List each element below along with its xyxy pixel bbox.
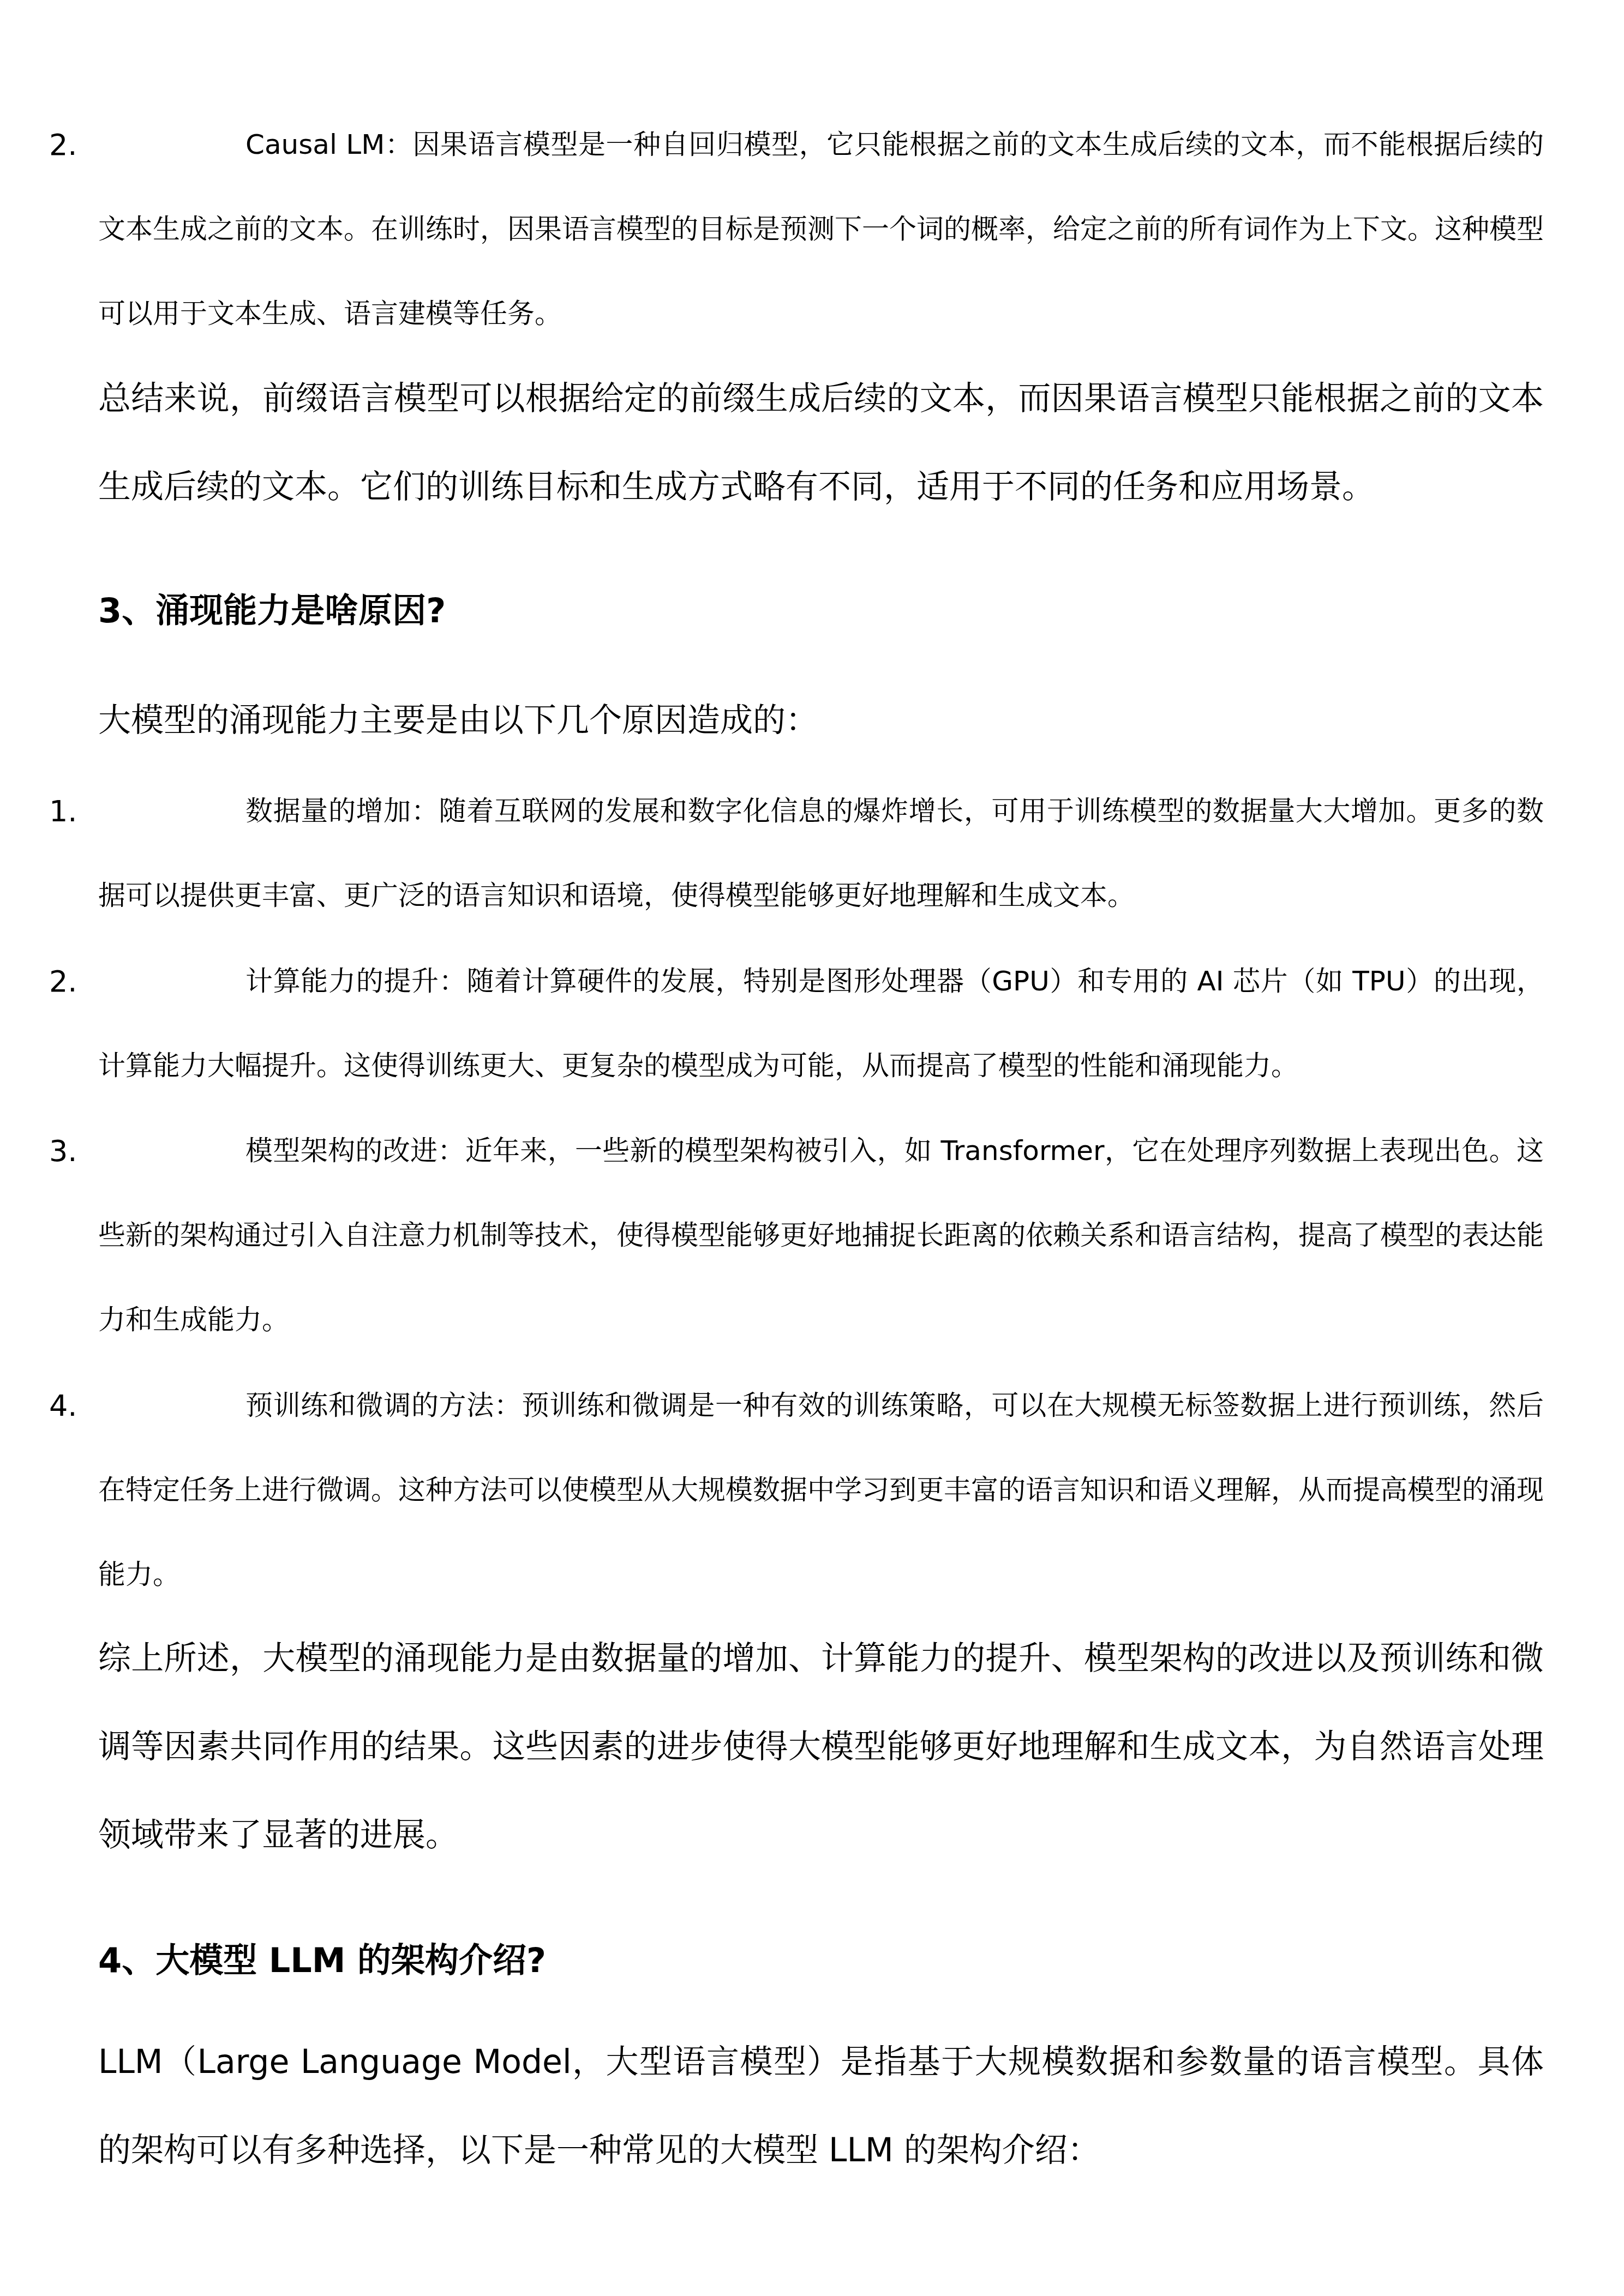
list-item-text: Causal LM：因果语言模型是一种自回归模型，它只能根据之前的文本生成后续的…: [49, 103, 1544, 356]
summary-paragraph: 总结来说，前缀语言模型可以根据给定的前缀生成后续的文本，而因果语言模型只能根据之…: [98, 354, 1544, 531]
list-number: 2.: [49, 103, 77, 187]
list-number: 3.: [49, 1109, 77, 1193]
section-3-conclusion: 综上所述，大模型的涌现能力是由数据量的增加、计算能力的提升、模型架构的改进以及预…: [98, 1614, 1544, 1879]
list-number: 4.: [49, 1363, 77, 1448]
section-4-heading: 4、大模型 LLM 的架构介绍?: [98, 1933, 546, 1988]
list-item-data-volume: 1. 数据量的增加：随着互联网的发展和数字化信息的爆炸增长，可用于训练模型的数据…: [49, 769, 1544, 938]
list-number: 2.: [49, 939, 77, 1024]
list-item-causal-lm: 2. Causal LM：因果语言模型是一种自回归模型，它只能根据之前的文本生成…: [49, 103, 1544, 356]
list-item-text: 计算能力的提升：随着计算硬件的发展，特别是图形处理器（GPU）和专用的 AI 芯…: [49, 939, 1544, 1108]
list-number: 1.: [49, 769, 77, 854]
list-item-text: 数据量的增加：随着互联网的发展和数字化信息的爆炸增长，可用于训练模型的数据量大大…: [49, 769, 1544, 938]
list-item-compute: 2. 计算能力的提升：随着计算硬件的发展，特别是图形处理器（GPU）和专用的 A…: [49, 939, 1544, 1108]
section-4-intro: LLM（Large Language Model，大型语言模型）是指基于大规模数…: [98, 2018, 1544, 2195]
section-3-heading: 3、涌现能力是啥原因?: [98, 584, 446, 638]
list-item-architecture: 3. 模型架构的改进：近年来，一些新的模型架构被引入，如 Transformer…: [49, 1109, 1544, 1362]
list-item-text: 预训练和微调的方法：预训练和微调是一种有效的训练策略，可以在大规模无标签数据上进…: [49, 1363, 1544, 1617]
document-page: 2. Causal LM：因果语言模型是一种自回归模型，它只能根据之前的文本生成…: [0, 0, 1624, 2296]
list-item-text: 模型架构的改进：近年来，一些新的模型架构被引入，如 Transformer，它在…: [49, 1109, 1544, 1362]
section-3-intro: 大模型的涌现能力主要是由以下几个原因造成的：: [98, 676, 1544, 765]
list-item-pretrain-finetune: 4. 预训练和微调的方法：预训练和微调是一种有效的训练策略，可以在大规模无标签数…: [49, 1363, 1544, 1617]
